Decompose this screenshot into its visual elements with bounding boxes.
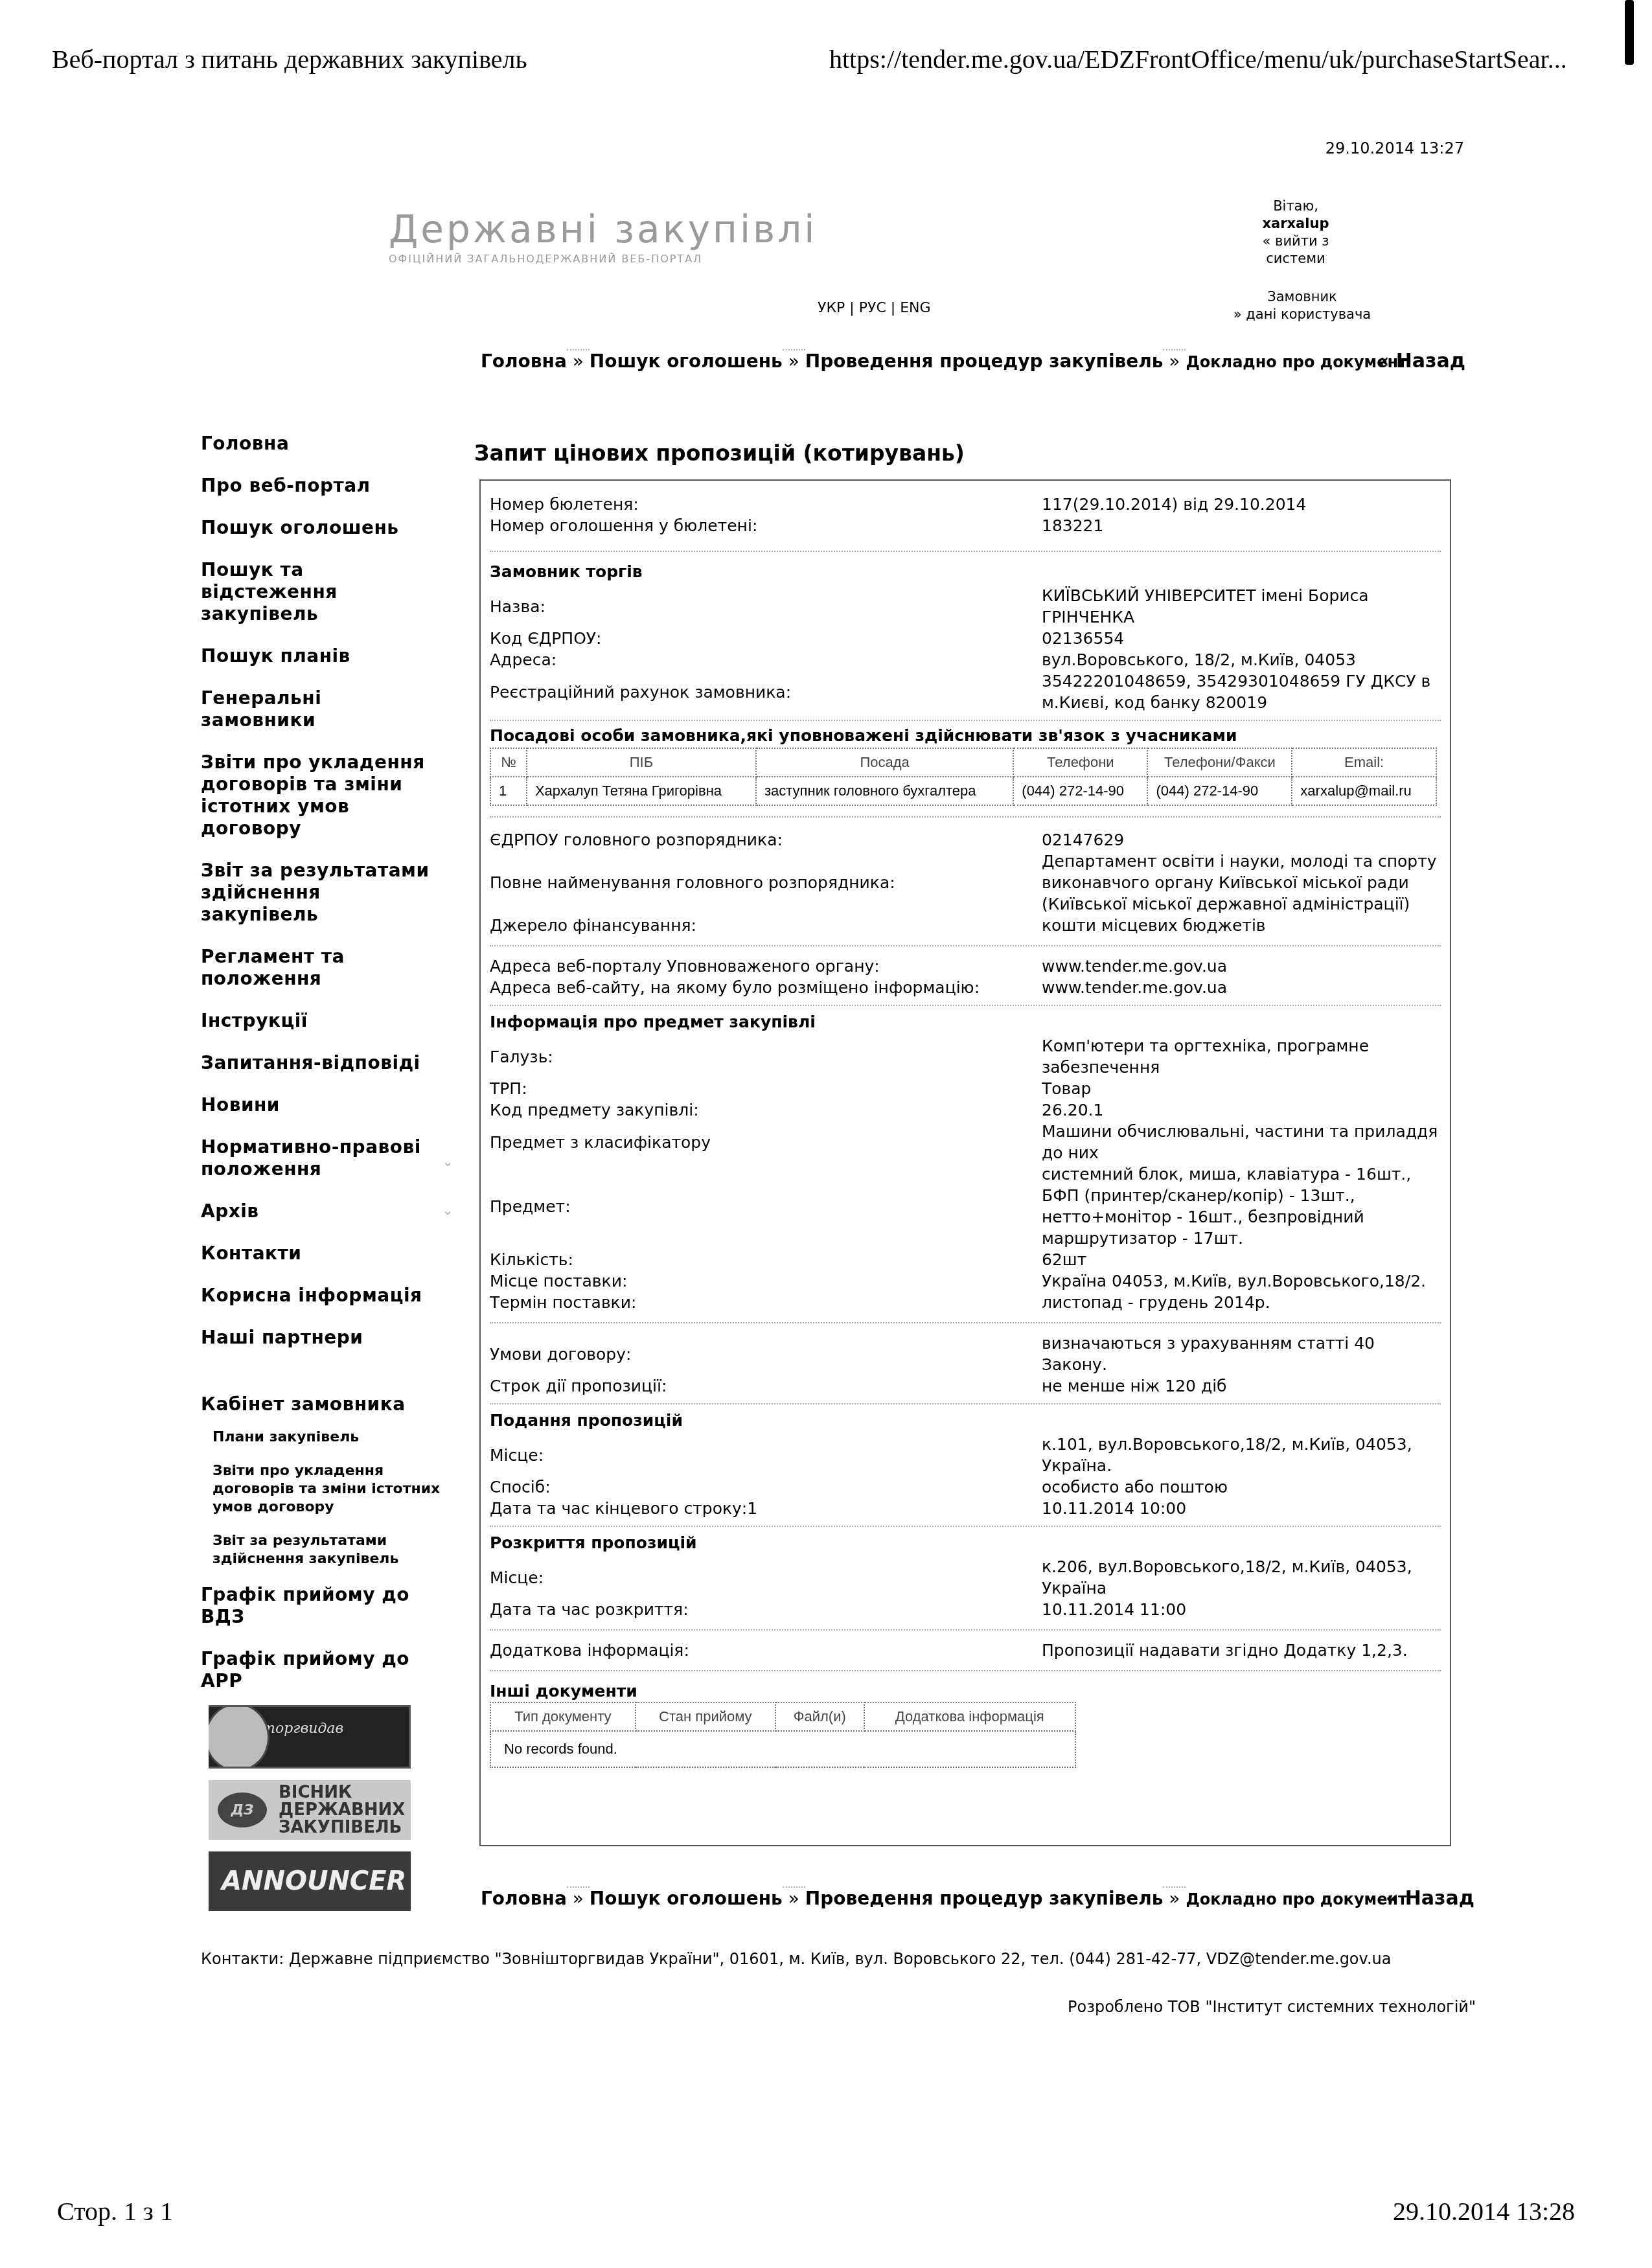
crumb-current: Докладно про документ [1186,1890,1407,1908]
field-row: Кількість:62шт [490,1249,1441,1270]
field-row: Адреса:вул.Воровського, 18/2, м.Київ, 04… [490,649,1441,670]
sidebar-item-results-report[interactable]: Звіт за результатами здійснення закупіве… [201,860,441,926]
section-heading: Посадові особи замовника,які уповноважен… [490,725,1441,746]
crumb-separator: » [783,1886,805,1909]
field-label: Умови договору: [490,1344,1042,1365]
user-role: Замовник [1231,288,1373,306]
field-label: Предмет: [490,1196,1042,1217]
field-row: Місце:к.101, вул.Воровського,18/2, м.Киї… [490,1434,1441,1476]
field-value: особисто або поштою [1042,1476,1441,1498]
field-row: ЄДРПОУ головного розпорядника:02147629 [490,829,1441,851]
field-row: Код ЄДРПОУ:02136554 [490,628,1441,649]
field-value: Україна 04053, м.Київ, вул.Воровського,1… [1042,1270,1441,1292]
field-label: Місце поставки: [490,1270,1042,1292]
chevron-down-icon[interactable]: ⌄ [442,1199,453,1221]
crumb-separator: » [1163,1886,1186,1909]
site-logo[interactable]: Державні закупівлі ОФІЦІЙНИЙ ЗАГАЛЬНОДЕР… [389,207,817,265]
column-header: Посада [756,748,1013,777]
user-data-link[interactable]: » дані користувача [1231,306,1373,323]
field-label: ТРП: [490,1078,1042,1099]
crumb-home[interactable]: Головна [481,1888,567,1909]
field-value: 117(29.10.2014) від 29.10.2014 [1042,494,1441,515]
print-page-count: Стор. 1 з 1 [57,2196,173,2227]
sidebar-nav: Головна Про веб-портал Пошук оголошень П… [201,433,441,1712]
field-value: к.101, вул.Воровського,18/2, м.Київ, 040… [1042,1434,1441,1476]
language-switcher: УКР | РУС | ENG [818,300,931,316]
field-value: не менше ніж 120 діб [1042,1375,1441,1397]
field-value: 10.11.2014 10:00 [1042,1498,1441,1519]
crumb-separator: » [783,349,805,372]
field-value: к.206, вул.Воровського,18/2, м.Київ, 040… [1042,1556,1441,1599]
field-label: Джерело фінансування: [490,915,1042,936]
section-heading: Замовник торгів [490,561,1441,582]
breadcrumb-bottom: Головна » Пошук оголошень » Проведення п… [481,1890,1465,1908]
partner-banners: Зовнішторгвидав України ДЗ ВІСНИК ДЕРЖАВ… [209,1705,411,1923]
field-label: Предмет з класифікатору [490,1132,1042,1153]
crumb-search[interactable]: Пошук оголошень [590,350,783,372]
field-row: Термін поставки:листопад - грудень 2014р… [490,1292,1441,1313]
crumb-home[interactable]: Головна [481,350,567,372]
chevron-down-icon[interactable]: ⌄ [442,1151,453,1173]
field-row: Строк дії пропозиції:не менше ніж 120 ді… [490,1375,1441,1397]
field-label: Місце: [490,1445,1042,1466]
table-cell: xarxalup@mail.ru [1292,777,1436,805]
sidebar-item-home[interactable]: Головна [201,433,441,455]
table-cell: заступник головного бухгалтера [756,777,1013,805]
sidebar-item-contract-reports[interactable]: Звіти про укладення договорів та зміни і… [201,751,441,840]
field-row: Номер бюлетеня:117(29.10.2014) від 29.10… [490,494,1441,515]
column-header: Тип документу [490,1702,636,1731]
field-row: ТРП:Товар [490,1078,1441,1099]
field-label: Номер оголошення у бюлетені: [490,515,1042,536]
announcer-banner[interactable]: ANNOUNCER [209,1851,411,1911]
field-label: Адреса веб-сайту, на якому було розміщен… [490,977,1042,998]
field-value: Департамент освіти і науки, молоді та сп… [1042,851,1441,915]
field-label: Кількість: [490,1249,1042,1270]
column-header: Email: [1292,748,1436,777]
scan-edge-mark [1625,0,1634,65]
field-row: Код предмету закупівлі:26.20.1 [490,1099,1441,1121]
footer-contacts: Контакти: Державне підприємство "Зовнішт… [201,1950,1391,1968]
field-row: Умови договору:визначаються з урахування… [490,1333,1441,1375]
sidebar-item-archive-label: Архів [201,1200,259,1222]
visnyk-banner[interactable]: ДЗ ВІСНИК ДЕРЖАВНИХ ЗАКУПІВЕЛЬ [209,1780,411,1840]
column-header: Файл(и) [775,1702,864,1731]
table-row: 1Хархалуп Тетяна Григорівназаступник гол… [490,777,1436,805]
field-label: Дата та час розкриття: [490,1599,1042,1620]
greeting-text: Вітаю, [1231,198,1360,215]
field-value: 02147629 [1042,829,1441,851]
sidebar-item-regulations[interactable]: Регламент та положення [201,946,441,990]
lang-eng[interactable]: ENG [900,300,930,316]
table-cell: Хархалуп Тетяна Григорівна [527,777,756,805]
field-label: Реєстраційний рахунок замовника: [490,682,1042,703]
section-heading: Подання пропозицій [490,1410,1441,1431]
column-header: ПІБ [527,748,756,777]
field-value: листопад - грудень 2014р. [1042,1292,1441,1313]
sidebar-item-general-customers[interactable]: Генеральні замовники [201,687,441,731]
column-header: Телефони/Факси [1147,748,1292,777]
field-row: Дата та час розкриття:10.11.2014 11:00 [490,1599,1441,1620]
back-link[interactable]: « Назад [1386,1890,1474,1907]
column-header: Телефони [1013,748,1147,777]
table-cell: (044) 272-14-90 [1013,777,1147,805]
field-value: системний блок, миша, клавіатура - 16шт.… [1042,1163,1441,1249]
sidebar-item-search-plans[interactable]: Пошук планів [201,645,441,667]
field-value: Пропозиції надавати згідно Додатку 1,2,3… [1042,1640,1441,1661]
field-row: Номер оголошення у бюлетені:183221 [490,515,1441,536]
lang-rus[interactable]: РУС [859,300,886,316]
sidebar-item-search-notices[interactable]: Пошук оголошень [201,517,441,539]
field-value: кошти місцевих бюджетів [1042,915,1441,936]
sidebar-item-partners[interactable]: Наші партнери [201,1327,441,1349]
sidebar-item-legal[interactable]: Нормативно-правові положення ⌄ [201,1136,441,1180]
field-row: Предмет з класифікаторуМашини обчислювал… [490,1121,1441,1163]
sidebar-sub-plans[interactable]: Плани закупівель [212,1428,441,1447]
website-link[interactable]: www.tender.me.gov.ua [1042,977,1441,998]
crumb-search[interactable]: Пошук оголошень [590,1888,783,1909]
other-documents-table: Тип документуСтан прийомуФайл(и)Додатков… [490,1702,1076,1768]
field-label: Додаткова інформація: [490,1640,1042,1661]
field-row: Додаткова інформація:Пропозиції надавати… [490,1640,1441,1661]
column-header: № [490,748,527,777]
sidebar-item-schedule-arr[interactable]: Графік прийому до АРР [201,1648,441,1692]
field-label: Термін поставки: [490,1292,1042,1313]
field-row: Місце:к.206, вул.Воровського,18/2, м.Киї… [490,1556,1441,1599]
banner-text: ANNOUNCER [222,1866,406,1896]
field-row: Спосіб:особисто або поштою [490,1476,1441,1498]
sidebar-item-faq[interactable]: Запитання-відповіді [201,1052,441,1074]
sidebar-item-about[interactable]: Про веб-портал [201,475,441,497]
field-label: Код ЄДРПОУ: [490,628,1042,649]
field-value: 62шт [1042,1249,1441,1270]
sidebar-sub-results-report[interactable]: Звіт за результатами здійснення закупіве… [212,1532,441,1568]
user-role-box: Замовник » дані користувача [1231,288,1373,323]
field-value: вул.Воровського, 18/2, м.Київ, 04053 [1042,649,1441,670]
empty-table-message: No records found. [490,1731,1075,1767]
zovnishtorgvydav-banner[interactable]: Зовнішторгвидав України [209,1705,411,1769]
field-label: Код предмету закупівлі: [490,1099,1042,1121]
sidebar-item-archive[interactable]: Архів ⌄ [201,1200,441,1222]
sidebar-cabinet-heading[interactable]: Кабінет замовника [201,1393,441,1415]
current-datetime: 29.10.2014 13:27 [1325,139,1464,157]
section-heading: Інші документи [490,1680,1441,1702]
section-heading: Розкриття пропозицій [490,1532,1441,1553]
field-value: 35422201048659, 35429301048659 ГУ ДКСУ в… [1042,670,1441,713]
logo-subtitle: ОФІЦІЙНИЙ ЗАГАЛЬНОДЕРЖАВНИЙ ВЕБ-ПОРТАЛ [389,253,817,265]
lang-separator: | [886,300,900,316]
logout-link[interactable]: « вийти з системи [1231,233,1360,268]
field-value: Машини обчислювальні, частини та приладд… [1042,1121,1441,1163]
crumb-separator: » [1163,349,1186,372]
table-cell: (044) 272-14-90 [1147,777,1292,805]
sidebar-item-contacts[interactable]: Контакти [201,1243,441,1265]
field-label: Номер бюлетеня: [490,494,1042,515]
breadcrumb: Головна » Пошук оголошень » Проведення п… [481,353,1465,371]
field-label: Строк дії пропозиції: [490,1375,1042,1397]
print-page-title: Веб-портал з питань державних закупівель [52,44,527,74]
username: xarxalup [1231,215,1360,233]
field-label: ЄДРПОУ головного розпорядника: [490,829,1042,851]
field-label: Галузь: [490,1046,1042,1068]
sidebar-sub-contract-reports[interactable]: Звіти про укладення договорів та зміни і… [212,1462,441,1517]
crumb-current: Докладно про документ [1186,353,1407,371]
page-title: Запит цінових пропозицій (котирувань) [474,441,965,466]
field-label: Місце: [490,1567,1042,1588]
field-row: Галузь:Комп'ютери та оргтехніка, програм… [490,1035,1441,1078]
crumb-procedures[interactable]: Проведення процедур закупівель [805,1888,1164,1909]
field-value: 183221 [1042,515,1441,536]
back-link[interactable]: « Назад [1377,353,1465,370]
sidebar-item-schedule-vdz[interactable]: Графік прийому до ВДЗ [201,1584,441,1628]
logo-title: Державні закупівлі [389,207,817,251]
field-label: Назва: [490,596,1042,617]
user-greeting: Вітаю, xarxalup « вийти з системи [1231,198,1360,268]
dz-badge-icon: ДЗ [218,1793,267,1827]
field-label: Повне найменування головного розпорядник… [490,872,1042,893]
crumb-separator: » [567,349,590,372]
field-row: Адреса веб-порталу Уповноваженого органу… [490,956,1441,977]
field-label: Спосіб: [490,1476,1042,1498]
banner-text: ВІСНИК ДЕРЖАВНИХ ЗАКУПІВЕЛЬ [279,1784,389,1837]
field-value: 26.20.1 [1042,1099,1441,1121]
sidebar-item-news[interactable]: Новини [201,1094,441,1116]
field-value: 10.11.2014 11:00 [1042,1599,1441,1620]
field-value: Комп'ютери та оргтехніка, програмне забе… [1042,1035,1441,1078]
field-value: 02136554 [1042,628,1441,649]
crumb-procedures[interactable]: Проведення процедур закупівель [805,350,1164,372]
footer-developer: Розроблено ТОВ "Інститут системних техно… [1068,1998,1476,2016]
contacts-table: №ПІБПосадаТелефониТелефони/ФаксиEmail: 1… [490,748,1437,806]
print-datetime: 29.10.2014 13:28 [1393,2196,1575,2227]
field-row: Предмет:системний блок, миша, клавіатура… [490,1163,1441,1249]
field-row: Реєстраційний рахунок замовника:35422201… [490,670,1441,713]
lang-ukr[interactable]: УКР [818,300,845,316]
field-row: Адреса веб-сайту, на якому було розміщен… [490,977,1441,998]
field-row: Місце поставки:Україна 04053, м.Київ, ву… [490,1270,1441,1292]
field-row: Дата та час кінцевого строку:110.11.2014… [490,1498,1441,1519]
document-details: Номер бюлетеня:117(29.10.2014) від 29.10… [479,479,1451,1846]
field-row: Повне найменування головного розпорядник… [490,851,1441,915]
table-cell: 1 [490,777,527,805]
sidebar-item-instructions[interactable]: Інструкції [201,1010,441,1032]
field-value: КИЇВСЬКИЙ УНІВЕРСИТЕТ імені Бориса ГРІНЧ… [1042,585,1441,628]
seal-icon [209,1705,270,1769]
print-url: https://tender.me.gov.ua/EDZFrontOffice/… [829,44,1567,74]
lang-separator: | [845,300,858,316]
field-label: Адреса веб-порталу Уповноваженого органу… [490,956,1042,977]
website-link[interactable]: www.tender.me.gov.ua [1042,956,1441,977]
column-header: Стан прийому [636,1702,775,1731]
field-row: Джерело фінансування:кошти місцевих бюдж… [490,915,1441,936]
field-row: Назва:КИЇВСЬКИЙ УНІВЕРСИТЕТ імені Бориса… [490,585,1441,628]
sidebar-item-useful-info[interactable]: Корисна інформація [201,1285,441,1307]
field-value: Товар [1042,1078,1441,1099]
crumb-separator: » [567,1886,590,1909]
sidebar-item-track-purchases[interactable]: Пошук та відстеження закупівель [201,559,441,625]
column-header: Додаткова інформація [864,1702,1075,1731]
section-heading: Інформація про предмет закупівлі [490,1011,1441,1033]
sidebar-item-legal-label: Нормативно-правові положення [201,1136,421,1180]
field-label: Адреса: [490,649,1042,670]
field-label: Дата та час кінцевого строку:1 [490,1498,1042,1519]
field-value: визначаються з урахуванням статті 40 Зак… [1042,1333,1441,1375]
